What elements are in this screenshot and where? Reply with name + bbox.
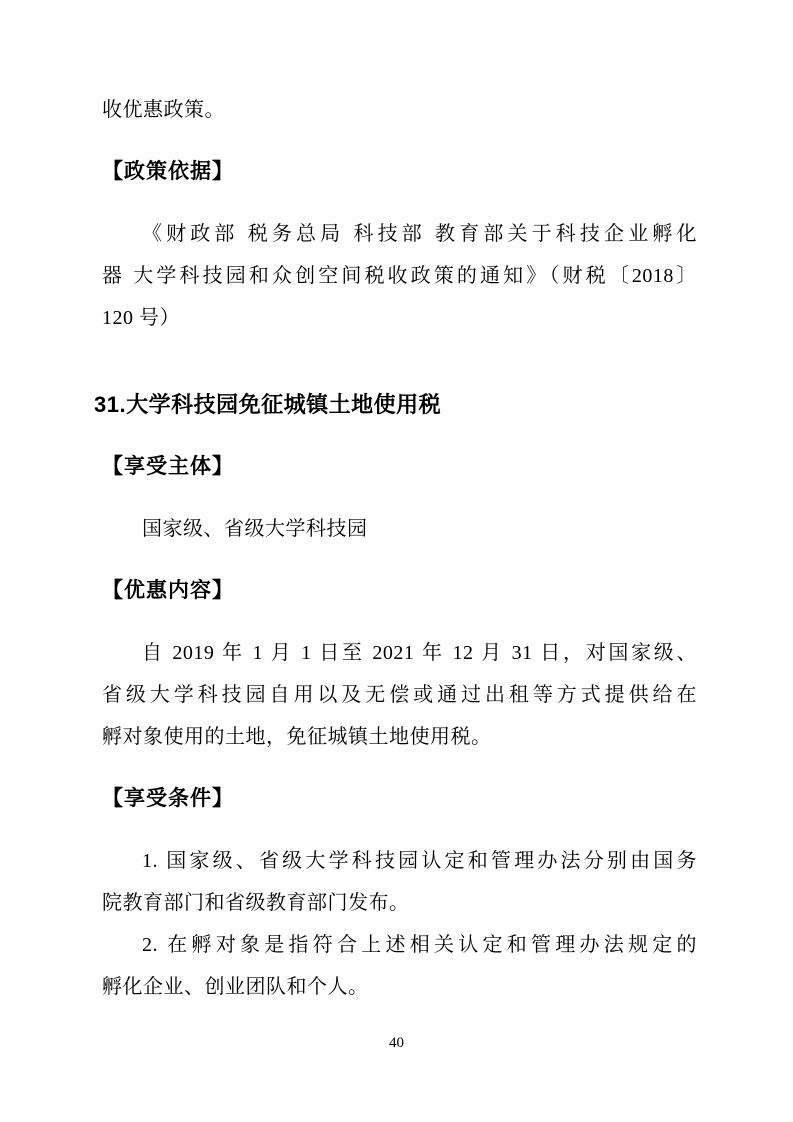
continuation-paragraph-line: 收优惠政策。 <box>102 89 697 131</box>
conditions-item-2: 2. 在孵对象是指符合上述相关认定和管理办法规定的 孵化企业、创业团队和个人。 <box>102 924 697 1008</box>
policy-basis-heading: 【政策依据】 <box>102 151 697 193</box>
conditions-item-2-line-1: 2. 在孵对象是指符合上述相关认定和管理办法规定的 <box>102 924 697 966</box>
conditions-item-1-line-1: 1. 国家级、省级大学科技园认定和管理办法分别由国务 <box>102 840 697 882</box>
page-number: 40 <box>0 1033 793 1053</box>
benefit-heading: 【优惠内容】 <box>102 570 697 612</box>
policy-basis-line-2: 器 大学科技园和众创空间税收政策的通知》（财税〔2018〕 <box>102 255 697 297</box>
benefit-line-1: 自 2019 年 1 月 1 日至 2021 年 12 月 31 日，对国家级、 <box>102 632 697 674</box>
page-content: 收优惠政策。 【政策依据】 《财政部 税务总局 科技部 教育部关于科技企业孵化 … <box>102 89 697 1008</box>
benefit-line-2: 省级大学科技园自用以及无偿或通过出租等方式提供给在 <box>102 674 697 716</box>
document-page: 收优惠政策。 【政策依据】 《财政部 税务总局 科技部 教育部关于科技企业孵化 … <box>0 0 793 1122</box>
conditions-item-2-line-2: 孵化企业、创业团队和个人。 <box>102 966 697 1008</box>
benefit-line-3: 孵对象使用的土地，免征城镇土地使用税。 <box>102 716 697 758</box>
item-31-title: 31.大学科技园免征城镇土地使用税 <box>94 384 697 426</box>
conditions-item-1: 1. 国家级、省级大学科技园认定和管理办法分别由国务 院教育部门和省级教育部门发… <box>102 840 697 924</box>
conditions-heading: 【享受条件】 <box>102 778 697 820</box>
benefit-paragraph: 自 2019 年 1 月 1 日至 2021 年 12 月 31 日，对国家级、… <box>102 632 697 758</box>
subject-heading: 【享受主体】 <box>102 446 697 488</box>
subject-paragraph-line: 国家级、省级大学科技园 <box>102 508 697 550</box>
policy-basis-line-1: 《财政部 税务总局 科技部 教育部关于科技企业孵化 <box>102 213 697 255</box>
policy-basis-line-3: 120 号） <box>102 297 697 339</box>
policy-basis-paragraph: 《财政部 税务总局 科技部 教育部关于科技企业孵化 器 大学科技园和众创空间税收… <box>102 213 697 339</box>
conditions-item-1-line-2: 院教育部门和省级教育部门发布。 <box>102 882 697 924</box>
